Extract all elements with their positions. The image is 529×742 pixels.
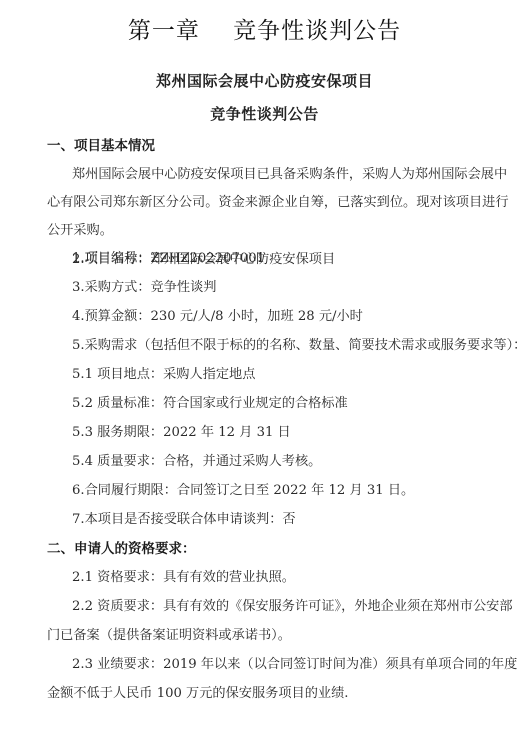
- item-location: 5.1 项目地点：采购人指定地点: [72, 366, 255, 384]
- qualification-line: 金额不低于人民币 100 万元的保安服务项目的业绩.: [47, 685, 349, 703]
- item-quality-standard: 5.2 质量标准：符合国家或行业规定的合格标准: [72, 395, 348, 413]
- project-title: 郑州国际会展中心防疫安保项目: [0, 70, 529, 91]
- intro-paragraph-line: 郑州国际会展中心防疫安保项目已具备采购条件，采购人为郑州国际会展中: [72, 166, 483, 184]
- qualification-line: 2.1 资格要求：具有有效的营业执照。: [72, 569, 295, 587]
- intro-paragraph-line: 心有限公司郑东新区分公司。资金来源企业自筹，已落实到位。现对该项目进行: [47, 194, 483, 212]
- section-heading-qualifications: 二、申请人的资格要求：: [47, 540, 196, 558]
- item-budget: 4.预算金额：230 元/人/8 小时，加班 28 元/小时: [72, 308, 363, 326]
- chapter-title: 第一章 竞争性谈判公告: [0, 12, 529, 45]
- item-quality-requirement: 5.4 质量要求：合格，并通过采购人考核。: [72, 453, 321, 471]
- notice-title: 竞争性谈判公告: [0, 103, 529, 124]
- intro-paragraph-line: 公开采购。: [47, 222, 113, 240]
- qualification-line: 2.3 业绩要求：2019 年以来（以合同签订时间为准）须具有单项合同的年度: [72, 656, 483, 674]
- item-requirements: 5.采购需求（包括但不限于标的的名称、数量、简要技术需求或服务要求等）：: [72, 337, 526, 355]
- qualification-line: 门已备案（提供备案证明资料或承诺书）。: [47, 627, 291, 645]
- item-service-period: 5.3 服务期限：2022 年 12 月 31 日: [72, 424, 291, 442]
- item-consortium: 7.本项目是否接受联合体申请谈判：否: [72, 511, 296, 529]
- item-procurement-method: 3.采购方式：竞争性谈判: [72, 279, 216, 297]
- qualification-line: 2.2 资质要求：具有有效的《保安服务许可证》，外地企业须在郑州市公安部: [72, 598, 483, 616]
- document-page: 第一章 竞争性谈判公告 郑州国际会展中心防疫安保项目 竞争性谈判公告 一、项目基…: [0, 0, 529, 742]
- item-contract-period: 6.合同履行期限：合同签订之日至 2022 年 12 月 31 日。: [72, 482, 414, 500]
- section-heading-basic-info: 一、项目基本情况: [47, 137, 155, 155]
- item-project-name: 2.项目名称：郑州国际会展中心防疫安保项目: [72, 251, 335, 269]
